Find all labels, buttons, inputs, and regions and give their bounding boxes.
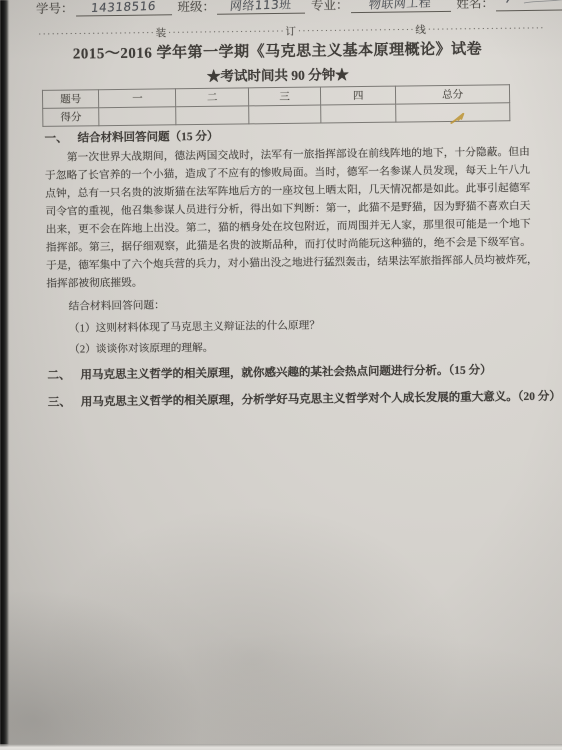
student-id-label: 学号： [36,0,74,17]
question-item-2: （2）谈谈你对该原理的理解。 [69,336,539,357]
binding-dots: ········································… [428,23,543,34]
major-label: 专业： [311,0,349,14]
exam-duration: ★考试时间共 90 分钟★ [0,61,559,88]
name-underline [496,0,562,11]
section-three-number: 三、 [48,393,81,409]
field-class: 班级： 网络113班 [177,0,305,15]
section-three-text: 用马克思主义哲学的相关原理，分析学好马克思主义哲学对个人成长发展的重大意义。（2… [81,391,561,409]
col-header-total: 总分 [395,85,509,104]
section-two-text: 用马克思主义哲学的相关原理，就你感兴趣的某社会热点问题进行分析。（15 分） [80,364,491,381]
material-paragraph: 第一次世界大战期间，德法两国交战时，法军有一旅指挥部设在前线阵地的地下，十分隐蔽… [45,143,532,293]
col-header-q3: 三 [248,87,321,106]
highlight-mark [449,113,465,125]
score-table: 题号 一 二 三 四 总分 得分 [42,84,510,127]
name-label: 姓名： [456,0,494,12]
field-student-id: 学号： 14318516 [36,0,172,17]
binding-char-xian: 线 [413,22,428,37]
photo-background: 学号： 14318516 班级： 网络113班 专业： 物联网工程 姓名： ··… [0,0,562,750]
major-underline: 物联网工程 [350,0,450,13]
name-signature-scribble [504,0,562,6]
student-id-handwriting: 14318516 [90,0,156,15]
section-one-heading: 一、结合材料回答问题（15 分） [44,124,534,146]
student-header-row: 学号： 14318516 班级： 网络113班 专业： 物联网工程 姓名： [36,0,548,17]
score-cell [321,104,396,123]
section-one-number: 一、 [44,129,77,145]
binding-dots: ········································… [298,24,413,35]
paper-bottom-edge [0,744,562,750]
score-cell [248,105,321,124]
class-handwriting: 网络113班 [229,0,292,14]
score-cell [99,107,176,126]
question-item-1: （1）这则材料体现了马克思主义辩证法的什么原理？ [69,315,539,336]
binding-char-zhuang: 装 [154,25,169,40]
field-major: 专业： 物联网工程 [311,0,451,14]
col-header-q4: 四 [321,86,396,105]
major-handwriting: 物联网工程 [368,0,432,13]
exam-title: 2015～2016 学年第一学期《马克思主义基本原理概论》试卷 [0,37,559,65]
col-header-q2: 二 [176,88,249,107]
answer-prompt: 结合材料回答问题： [69,293,539,314]
field-name: 姓名： [456,0,562,12]
binding-dots: ········································… [38,28,153,39]
binding-dots: ········································… [168,26,283,37]
section-one-heading-text: 结合材料回答问题（15 分） [77,131,218,145]
class-underline: 网络113班 [217,0,305,15]
photo-left-edge-shadow [0,0,9,750]
section-two-number: 二、 [47,366,80,382]
binding-char-ding: 订 [283,23,298,38]
student-id-underline: 14318516 [75,0,171,16]
class-label: 班级： [177,0,215,15]
paper-sheet: 学号： 14318516 班级： 网络113班 专业： 物联网工程 姓名： ··… [0,0,562,750]
section-two: 二、用马克思主义哲学的相关原理，就你感兴趣的某社会热点问题进行分析。（15 分） [47,361,537,383]
col-header-question-number: 题号 [42,90,99,109]
col-header-q1: 一 [99,89,176,108]
section-three: 三、用马克思主义哲学的相关原理，分析学好马克思主义哲学对个人成长发展的重大意义。… [48,388,538,410]
score-cell [176,106,249,125]
score-row-label: 得分 [43,108,100,127]
